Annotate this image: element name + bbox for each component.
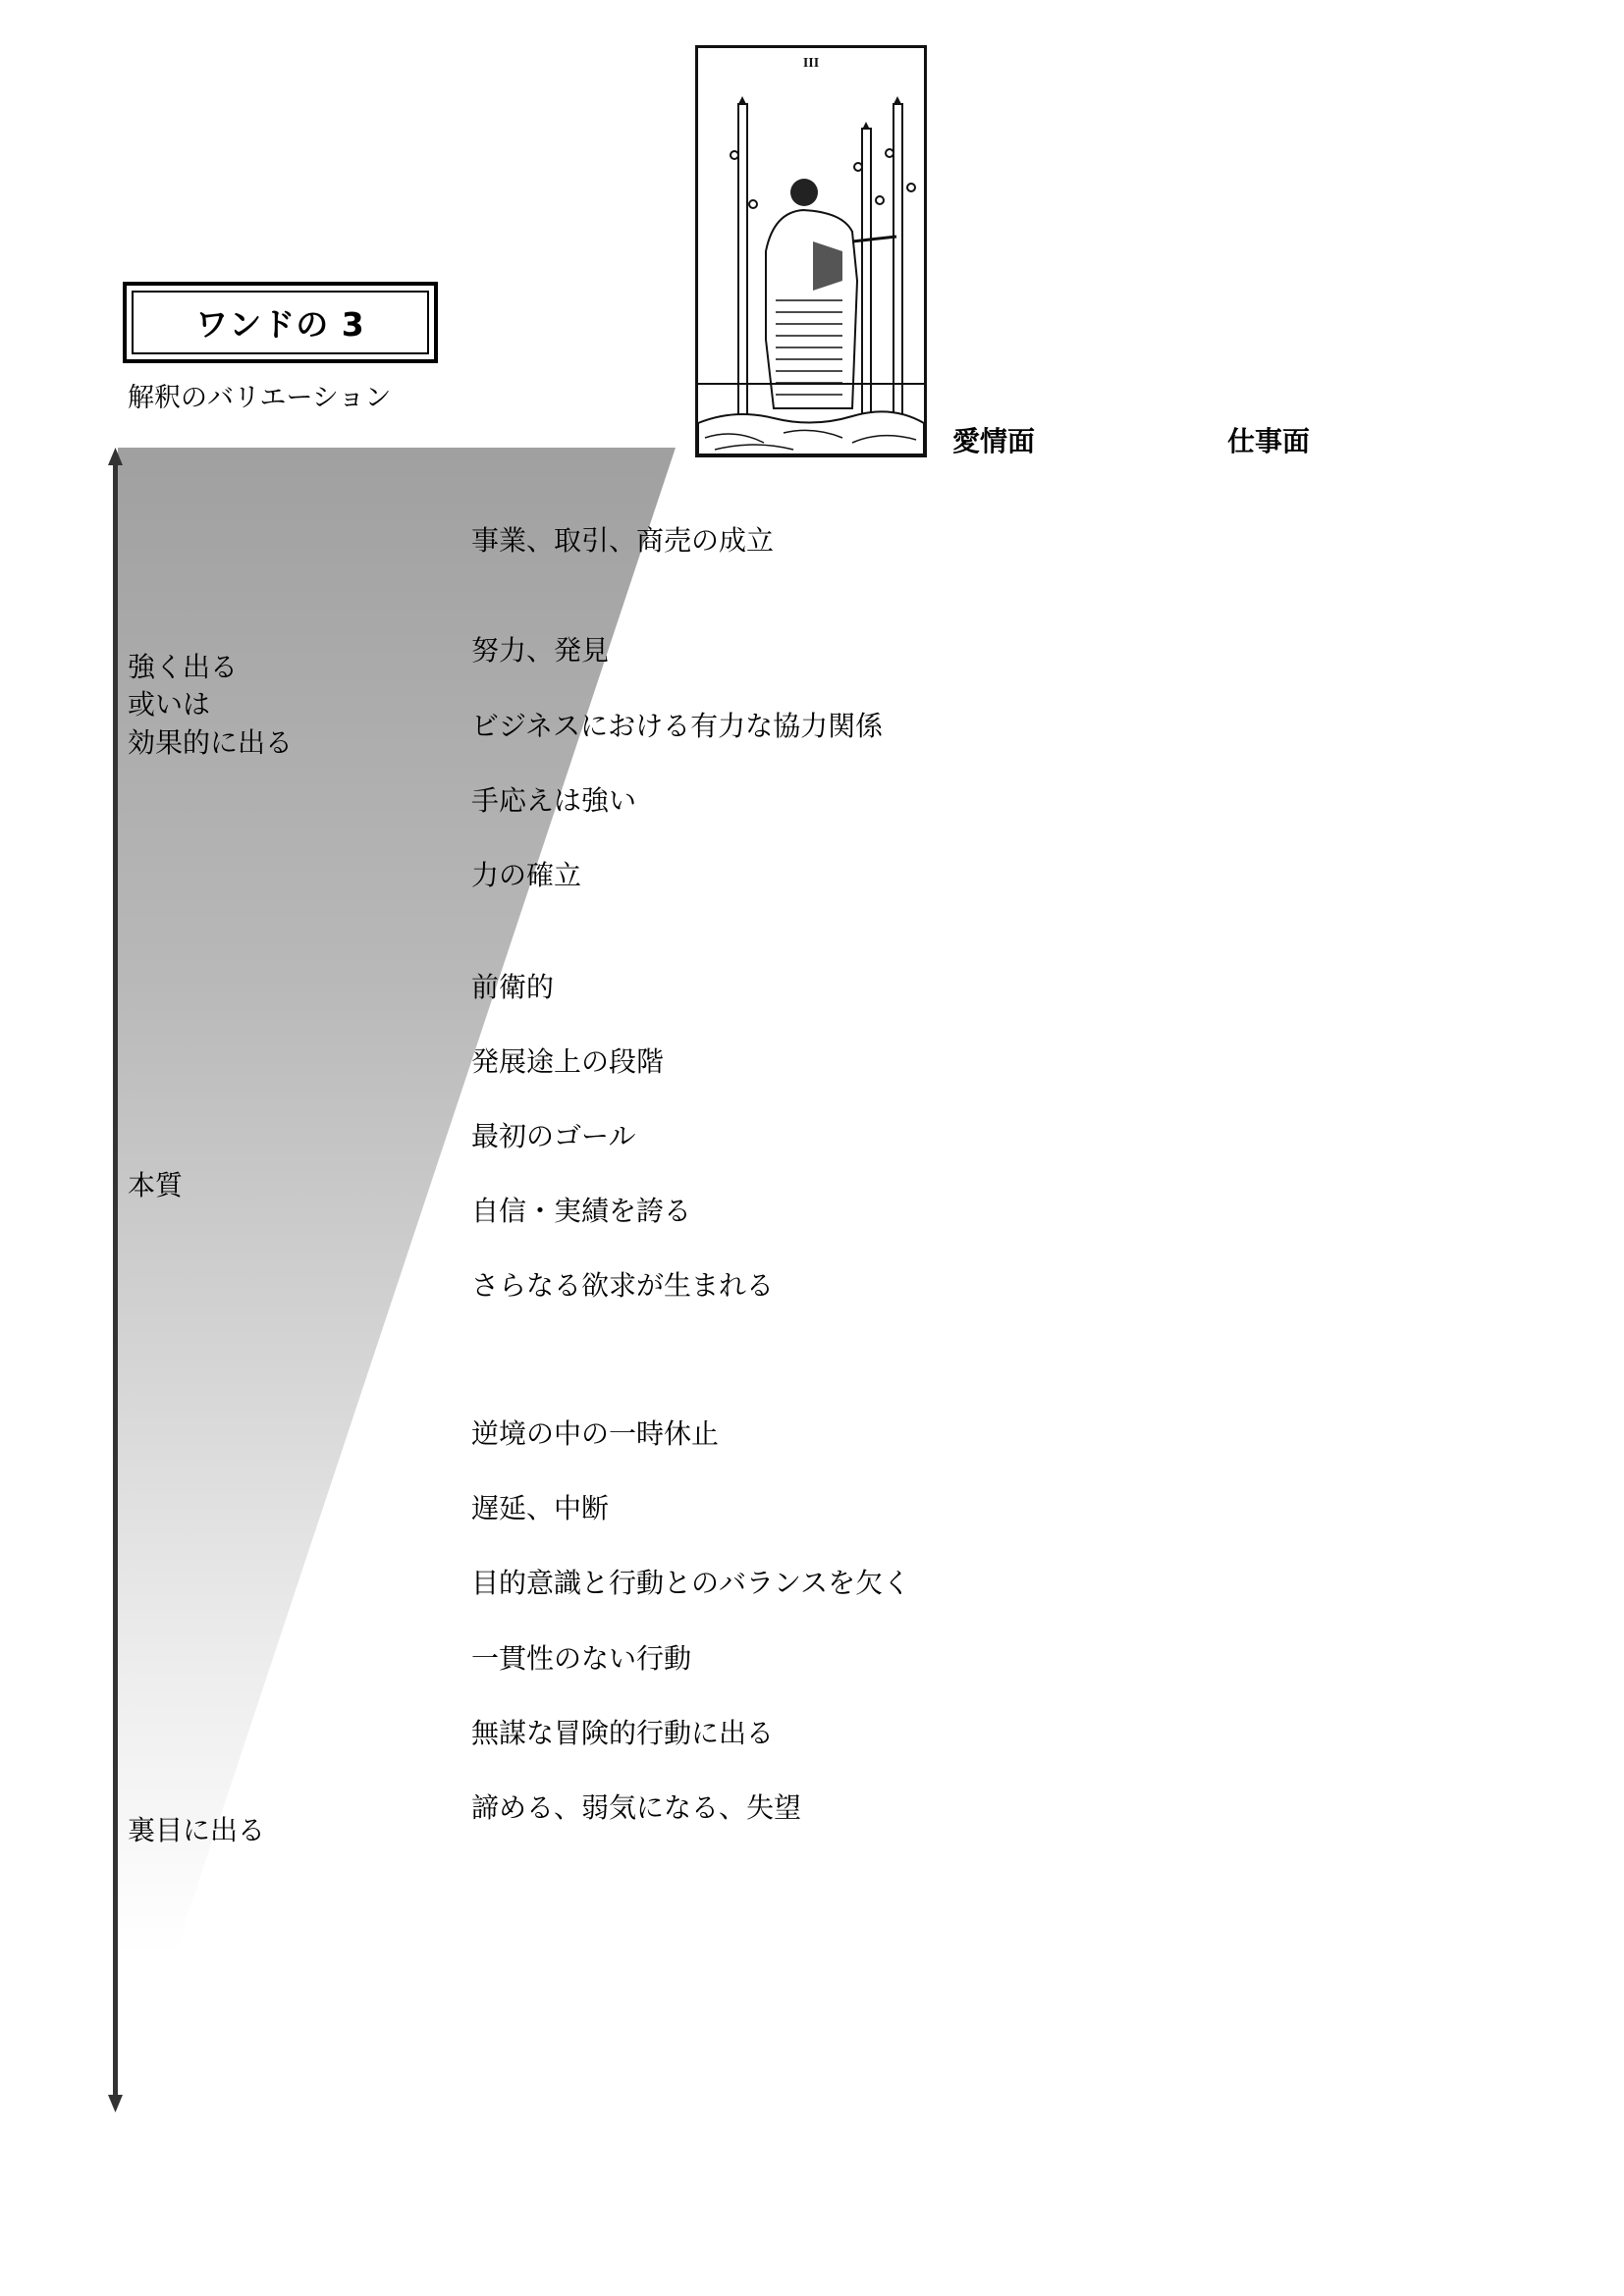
category-strong-line-2: 或いは xyxy=(128,686,210,723)
interpretation-item: 事業、取引、商売の成立 xyxy=(471,519,774,559)
interpretation-item: ビジネスにおける有力な協力関係 xyxy=(471,705,883,744)
interpretation-item: 諦める、弱気になる、失望 xyxy=(471,1787,801,1826)
interpretation-item: 手応えは強い xyxy=(471,779,636,819)
title-box-inner: ワンドの 3 xyxy=(132,291,429,354)
category-reverse: 裏目に出る xyxy=(128,1812,265,1849)
interpretation-item: 無謀な冒険的行動に出る xyxy=(471,1712,774,1751)
tarot-card-image: III xyxy=(695,45,927,457)
column-header-work: 仕事面 xyxy=(1227,420,1310,459)
interpretation-item: 発展途上の段階 xyxy=(471,1041,664,1080)
interpretation-item: 努力、発見 xyxy=(471,629,609,668)
interpretation-item: 一貫性のない行動 xyxy=(471,1637,691,1677)
category-strong-line-3: 効果的に出る xyxy=(128,724,293,762)
interpretation-item: 前衛的 xyxy=(471,966,554,1005)
title-box: ワンドの 3 xyxy=(123,282,438,363)
interpretation-item: 目的意識と行動とのバランスを欠く xyxy=(471,1562,910,1601)
column-header-love: 愛情面 xyxy=(952,420,1035,459)
interpretation-item: 遅延、中断 xyxy=(471,1487,609,1526)
subtitle: 解釈のバリエーション xyxy=(128,376,391,414)
interpretation-item: 力の確立 xyxy=(471,854,581,893)
card-numeral: III xyxy=(803,56,819,71)
interpretation-item: 最初のゴール xyxy=(471,1115,635,1154)
interpretation-item: 逆境の中の一時休止 xyxy=(471,1413,719,1452)
interpretation-item: さらなる欲求が生まれる xyxy=(471,1264,774,1304)
category-essence: 本質 xyxy=(128,1167,183,1204)
page-title: ワンドの 3 xyxy=(195,299,364,346)
category-strong-line-1: 強く出る xyxy=(128,649,238,686)
interpretation-item: 自信・実績を誇る xyxy=(471,1190,691,1229)
